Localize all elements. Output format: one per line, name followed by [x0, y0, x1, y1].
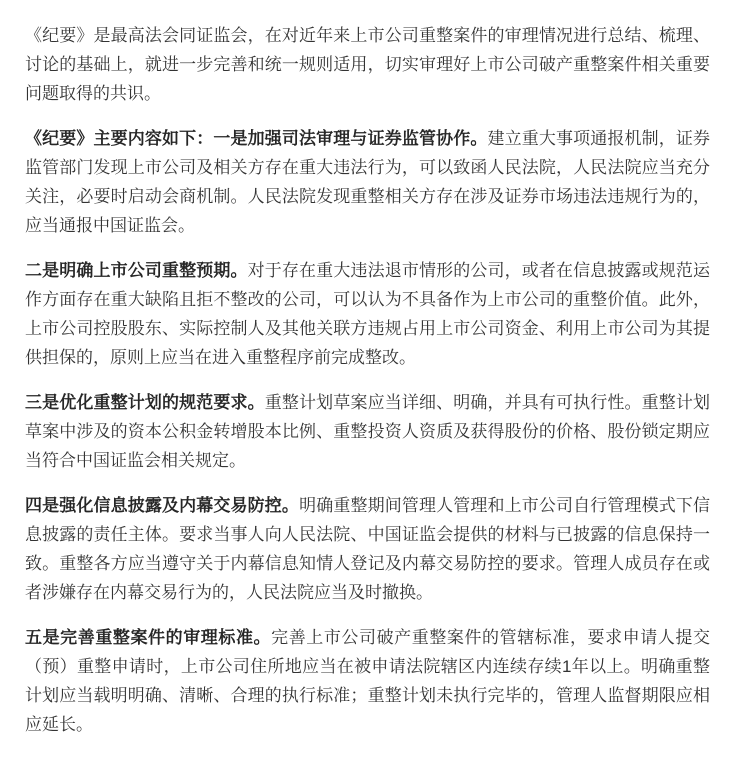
paragraph-lead: 五是完善重整案件的审理标准。	[25, 628, 271, 647]
paragraph-text: 《纪要》是最高法会同证监会，在对近年来上市公司重整案件的审理情况进行总结、梳理、…	[25, 26, 710, 103]
article-body: 《纪要》是最高法会同证监会，在对近年来上市公司重整案件的审理情况进行总结、梳理、…	[0, 0, 735, 759]
paragraph-lead: 《纪要》主要内容如下：一是加强司法审理与证券监管协作。	[25, 129, 487, 148]
paragraph-point-4: 四是强化信息披露及内幕交易防控。明确重整期间管理人管理和上市公司自行管理模式下信…	[25, 491, 710, 607]
paragraph-point-1: 《纪要》主要内容如下：一是加强司法审理与证券监管协作。建立重大事项通报机制，证券…	[25, 124, 710, 240]
paragraph-point-2: 二是明确上市公司重整预期。对于存在重大违法退市情形的公司，或者在信息披露或规范运…	[25, 256, 710, 372]
paragraph-lead: 二是明确上市公司重整预期。	[25, 261, 248, 280]
paragraph-point-5: 五是完善重整案件的审理标准。完善上市公司破产重整案件的管辖标准，要求申请人提交（…	[25, 623, 710, 739]
paragraph-lead: 三是优化重整计划的规范要求。	[25, 393, 265, 412]
paragraph-lead: 四是强化信息披露及内幕交易防控。	[25, 496, 299, 515]
paragraph-intro: 《纪要》是最高法会同证监会，在对近年来上市公司重整案件的审理情况进行总结、梳理、…	[25, 21, 710, 108]
paragraph-point-3: 三是优化重整计划的规范要求。重整计划草案应当详细、明确，并具有可执行性。重整计划…	[25, 388, 710, 475]
